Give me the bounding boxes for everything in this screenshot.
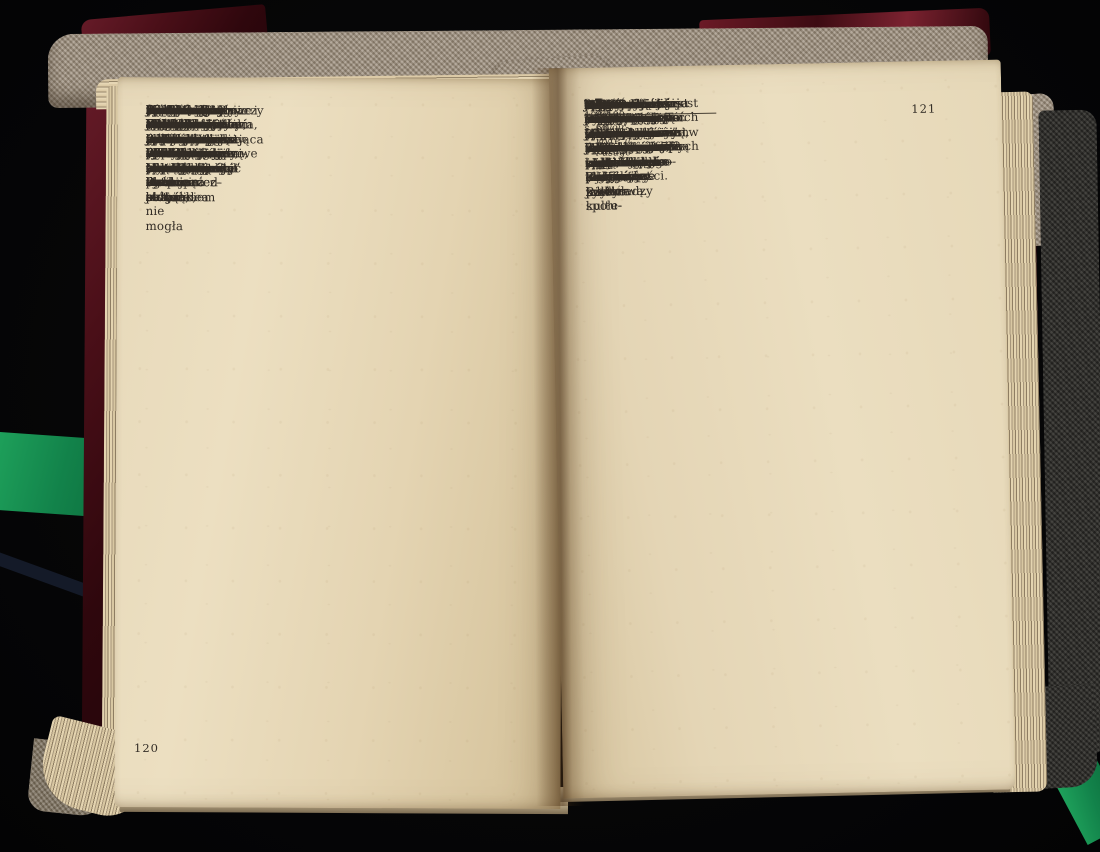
text-segment: przemoc nie mogą być «przechwycone» prze… xyxy=(146,103,249,176)
left-page-number: 120 xyxy=(134,741,159,755)
gutter-shadow xyxy=(531,68,584,806)
cloth-cover-right xyxy=(1038,110,1100,755)
book-photo-scene: dych intelektualistów, był bardzo duży. … xyxy=(0,0,1100,852)
